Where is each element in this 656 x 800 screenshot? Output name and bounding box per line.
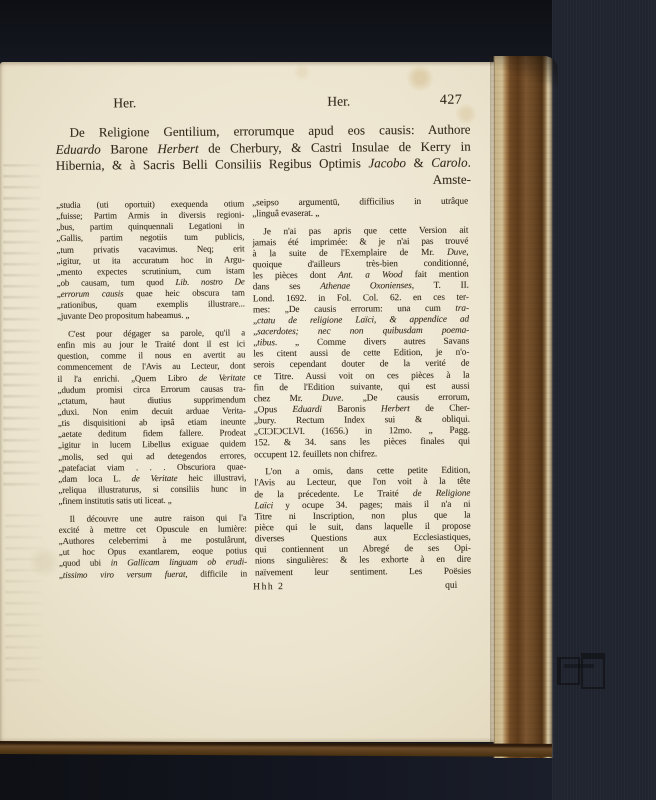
book-scan-photo: Her. Her. 427 De Religione Gentilium, er… (0, 0, 656, 800)
column-paragraphs: „seipso argumentū, difficilius in utrâqu… (252, 197, 471, 579)
stamp-mark (581, 653, 605, 689)
page-number: 427 (440, 93, 463, 109)
signature-line: Hhh 2 qui (255, 579, 471, 592)
catchword: qui (445, 579, 457, 590)
text-line: occupent 12. feuillets non chifrez. (254, 448, 470, 461)
title-line: Amste- (56, 171, 471, 191)
text-line: „juvante Deo propositum habeamus. „ (57, 310, 245, 323)
paragraph: L'on a omis, dans cette petite Edition,l… (254, 466, 471, 579)
text-line: „reliqua illustraturus, si consiliis hun… (58, 483, 246, 496)
text-line: „quod ubi in Gallicam linguam ob erudi- (59, 557, 247, 570)
text-line: „linguâ evaserat. „ (252, 208, 468, 221)
blind-stamp (556, 650, 608, 688)
text-column-right: „seipso argumentū, difficilius in utrâqu… (252, 197, 471, 592)
title-line: Hibernia, & à Sacris Belli Consiliis Reg… (56, 155, 471, 175)
stamp-mark (557, 657, 580, 685)
paragraph: „seipso argumentū, difficilius in utrâqu… (252, 197, 468, 221)
running-head: Her. Her. 427 (55, 93, 470, 112)
text-line: 152. & 34. sans les pièces finales qui (254, 437, 470, 450)
text-line: „finem institutis satis uti liceat. „ (58, 495, 246, 508)
text-line: naïvement leur sentiment. Les Poësies (255, 566, 471, 579)
text-line: „rationibus, quam exemplis illustrare... (57, 299, 245, 312)
stamp-mark (564, 664, 594, 668)
paragraph: Je n'ai pas apris que cette Version aitj… (252, 225, 470, 461)
printed-page-content: Her. Her. 427 De Religione Gentilium, er… (0, 58, 498, 594)
paragraph: „studia (uti oportuit) exequenda otium„f… (56, 198, 245, 322)
text-columns: „studia (uti oportuit) exequenda otium„f… (56, 197, 474, 594)
background-bottom (0, 752, 552, 800)
chapter-title: De Religione Gentilium, errorumque apud … (55, 122, 471, 191)
book-fore-edge (490, 56, 558, 758)
text-line: „igitur in lucem Libellus exiguae quidem (58, 439, 246, 452)
text-line: „tissimo viro versum fuerat, difficile i… (59, 568, 247, 581)
running-title-center: Her. (327, 94, 350, 110)
text-line: „Gallis, partim negotiis tum publicis, (56, 232, 244, 245)
paragraph: C'est pour dégager sa parole, qu'il aenf… (57, 327, 246, 507)
paragraph: Il découvre une autre raison qui l'aexci… (59, 512, 248, 580)
running-title-left: Her. (113, 95, 136, 111)
text-line: „seipso argumentū, difficilius in utrâqu… (252, 197, 468, 210)
signature-mark: Hhh 2 (253, 581, 284, 592)
text-column-left: „studia (uti oportuit) exequenda otium„f… (56, 198, 247, 593)
